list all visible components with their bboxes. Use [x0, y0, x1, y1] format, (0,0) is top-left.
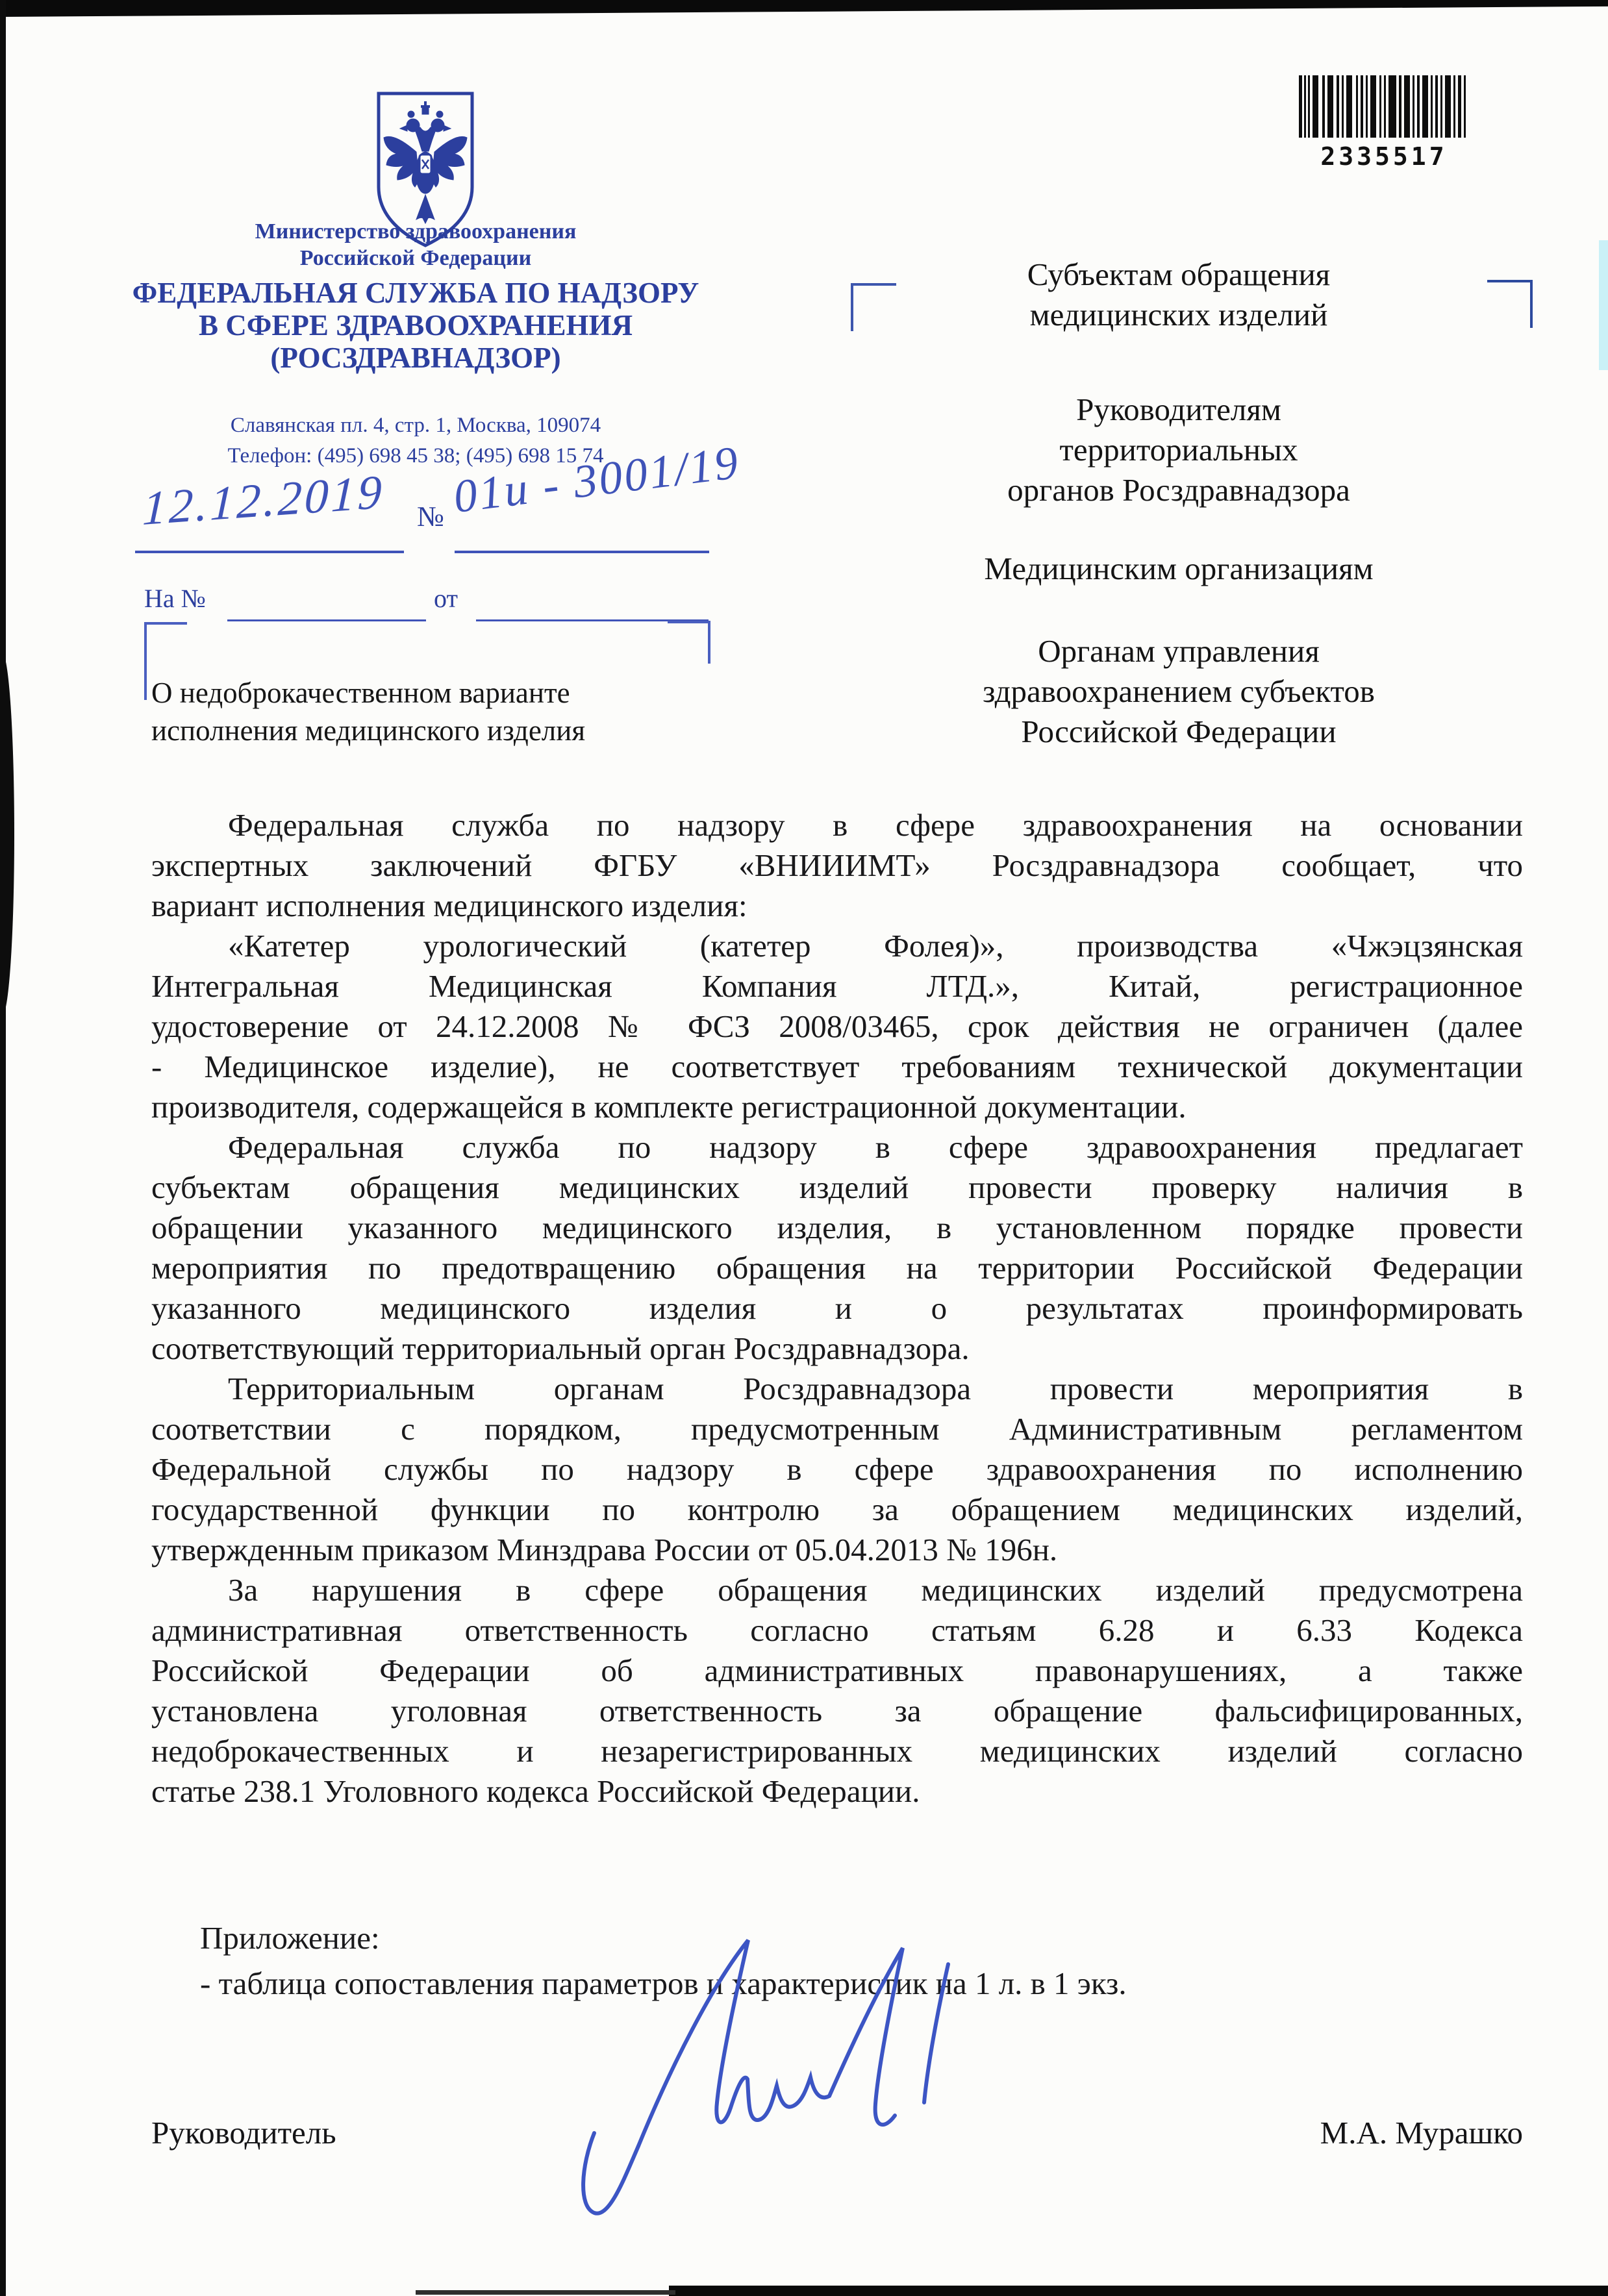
body-line: мероприятия по предотвращению обращения … [151, 1248, 1523, 1288]
addressee-line: Руководителям [838, 390, 1520, 430]
number-underline [455, 551, 709, 553]
addressee-line: Органам управления [838, 631, 1520, 671]
subject-line-2: исполнения медицинского изделия [151, 712, 736, 749]
scan-edge-left [0, 0, 6, 2296]
body-line: вариант исполнения медицинского изделия: [151, 886, 1523, 926]
addressee-subjects-of-circulation: Субъектам обращения медицинских изделий [838, 255, 1520, 335]
signature-ink [533, 1935, 1013, 2247]
barcode-number: 2335517 [1299, 142, 1469, 171]
body-line: «Катетер урологический (катетер Фолея)»,… [151, 926, 1523, 966]
letter-body: Федеральная служба по надзору в сфере зд… [151, 805, 1523, 1812]
addressee-line: Российской Федерации [838, 712, 1520, 752]
addressee-line: Субъектам обращения [838, 255, 1520, 295]
reply-number-blank-line [227, 619, 426, 621]
body-line: субъектам обращения медицинских изделий … [151, 1167, 1523, 1208]
addressee-line: здравоохранением субъектов [838, 671, 1520, 712]
addressee-line: органов Росздравнадзора [838, 470, 1520, 510]
addressee-line: медицинских изделий [838, 295, 1520, 335]
ministry-name: Министерство здравоохранения Российской … [117, 218, 714, 271]
scan-edge-top [0, 0, 1608, 17]
scan-edge-bottom-smudge [416, 2290, 675, 2295]
reply-to-label: На № [144, 583, 206, 614]
body-line: недоброкачественных и незарегистрированн… [151, 1731, 1523, 1771]
number-sign: № [417, 500, 444, 533]
ministry-line-2: Российской Федерации [117, 245, 714, 271]
barcode: 2335517 [1299, 75, 1469, 171]
body-line: обращении указанного медицинского издели… [151, 1208, 1523, 1248]
signer-name: М.А. Мурашко [1169, 2114, 1523, 2151]
body-line: Федеральная служба по надзору в сфере зд… [151, 805, 1523, 845]
handwritten-date: 12.12.2019 [142, 465, 385, 537]
agency-name: ФЕДЕРАЛЬНАЯ СЛУЖБА ПО НАДЗОРУ В СФЕРЕ ЗД… [91, 277, 740, 374]
body-line: За нарушения в сфере обращения медицинск… [151, 1570, 1523, 1610]
agency-line-1: ФЕДЕРАЛЬНАЯ СЛУЖБА ПО НАДЗОРУ [91, 277, 740, 309]
body-line: установлена уголовная ответственность за… [151, 1691, 1523, 1731]
body-line: - Медицинское изделие), не соответствует… [151, 1047, 1523, 1087]
agency-address: Славянская пл. 4, стр. 1, Москва, 109074 [117, 410, 714, 441]
body-line: Территориальным органам Росздравнадзора … [151, 1369, 1523, 1409]
subject-line-1: О недоброкачественном варианте [151, 674, 736, 712]
body-line: статье 238.1 Уголовного кодекса Российск… [151, 1771, 1523, 1812]
scan-edge-right-streak [1599, 240, 1608, 370]
signer-position: Руководитель [151, 2114, 336, 2151]
body-line: Интегральная Медицинская Компания ЛТД.»,… [151, 966, 1523, 1006]
agency-line-2: В СФЕРЕ ЗДРАВООХРАНЕНИЯ [91, 309, 740, 342]
body-line: соответствии с порядком, предусмотренным… [151, 1409, 1523, 1449]
scan-edge-bottom [669, 2286, 1608, 2296]
agency-line-3: (РОСЗДРАВНАДЗОР) [91, 342, 740, 374]
corner-mark-subject-right [668, 621, 710, 664]
body-line: Федеральная служба по надзору в сфере зд… [151, 1127, 1523, 1167]
date-underline [135, 551, 404, 553]
body-line: указанного медицинского изделия и о резу… [151, 1288, 1523, 1329]
addressee-medical-organizations: Медицинским организациям [838, 549, 1520, 589]
body-line: производителя, содержащейся в комплекте … [151, 1087, 1523, 1127]
reply-date-label: от [434, 583, 458, 614]
scan-edge-left-bulge [0, 653, 14, 1016]
body-line: административная ответственность согласн… [151, 1610, 1523, 1651]
addressee-line: территориальных [838, 430, 1520, 470]
addressee-health-authorities: Органам управления здравоохранением субъ… [838, 631, 1520, 752]
body-line: удостоверение от 24.12.2008 № ФСЗ 2008/0… [151, 1006, 1523, 1047]
body-line: экспертных заключений ФГБУ «ВНИИИМТ» Рос… [151, 845, 1523, 886]
barcode-bars [1299, 75, 1469, 138]
letter-subject: О недоброкачественном варианте исполнени… [151, 674, 736, 749]
addressee-line: Медицинским организациям [838, 549, 1520, 589]
scanned-letter-page: 2335517 Министерство здравоохранения Рос… [0, 0, 1608, 2296]
body-line: Российской Федерации об административных… [151, 1651, 1523, 1691]
body-line: Федеральной службы по надзору в сфере зд… [151, 1449, 1523, 1490]
body-line: государственной функции по контролю за о… [151, 1490, 1523, 1530]
ministry-line-1: Министерство здравоохранения [117, 218, 714, 245]
body-line: утвержденным приказом Минздрава России о… [151, 1530, 1523, 1570]
addressee-territorial-heads: Руководителям территориальных органов Ро… [838, 390, 1520, 510]
body-line: соответствующий территориальный орган Ро… [151, 1329, 1523, 1369]
